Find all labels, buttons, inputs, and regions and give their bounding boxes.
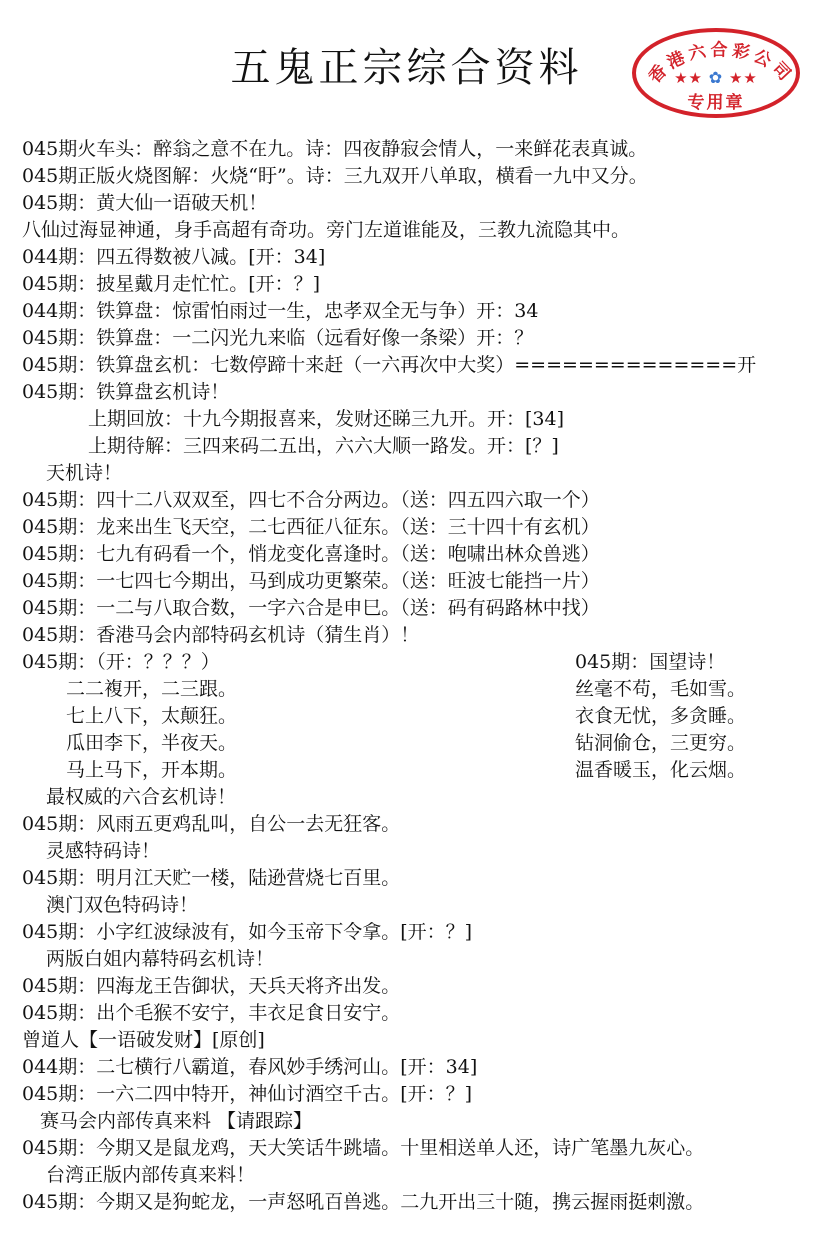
text-line: 045期：黄大仙一语破天机！ (22, 190, 812, 217)
text-line: 045期：一七四七今期出，马到成功更繁荣。（送：旺波七能挡一片） (22, 568, 812, 595)
section-heading: 两版白姐内幕特码玄机诗！ (22, 946, 812, 973)
text-line: 045期：小字红波绿波有，如今玉帝下令拿。[开：？] (22, 919, 812, 946)
official-seal-stamp: 香港六合彩公司 ★★ ✿ ★★ 专用章 (632, 28, 800, 118)
text-line: 045期：今期又是鼠龙鸡，天大笑话牛跳墙。十里相送单人还，诗广笔墨九灰心。 (22, 1135, 812, 1162)
star-icon: ★★ (729, 69, 758, 87)
text-line: 045期：明月江天贮一楼，陆逊营烧七百里。 (22, 865, 812, 892)
text-line: 044期：四五得数被八减。[开：34] (22, 244, 812, 271)
section-heading: 最权威的六合玄机诗！ (22, 784, 812, 811)
text-line: 045期：铁算盘玄机诗！ (22, 379, 812, 406)
text-line: 045期正版火烧图解：火烧“盱”。诗：三九双开八单取，横看一九中又分。 (22, 163, 812, 190)
poem-last-review: 上期回放：十九今期报喜来，发财还睇三九开。开：[34] (22, 406, 812, 433)
poem-pending: 上期待解：三四来码二五出，六六大顺一路发。开：[？] (22, 433, 812, 460)
poem-line: 丝毫不苟，毛如雪。 (575, 676, 813, 703)
text-line: 045期：四海龙王告御状，天兵天将齐出发。 (22, 973, 812, 1000)
poem-line: 衣食无忧，多贪睡。 (575, 703, 813, 730)
two-column-poems: 045期：（开：？？？） 二二複开，二三跟。 七上八下，太颠狂。 瓜田李下，半夜… (22, 649, 812, 784)
seal-stars-row: ★★ ✿ ★★ (636, 68, 796, 87)
section-heading: 澳门双色特码诗！ (22, 892, 812, 919)
section-heading: 天机诗！ (22, 460, 812, 487)
text-line: 045期：香港马会内部特码玄机诗（猜生肖）！ (22, 622, 812, 649)
document-body: 045期火车头：醉翁之意不在九。诗：四夜静寂会情人，一来鲜花表真诚。 045期正… (22, 136, 812, 1216)
text-line: 045期：一二与八取合数，一字六合是申巳。（送：码有码路林中找） (22, 595, 812, 622)
section-heading: 台湾正版内部传真来料！ (22, 1162, 812, 1189)
text-line: 045期火车头：醉翁之意不在九。诗：四夜静寂会情人，一来鲜花表真诚。 (22, 136, 812, 163)
text-line: 045期：七九有码看一个，悄龙变化喜逢时。（送：咆啸出林众兽逃） (22, 541, 812, 568)
flower-icon: ✿ (709, 68, 723, 87)
poem-heading: 045期：国望诗！ (575, 649, 813, 676)
section-heading: 曾道人【一语破发财】[原创] (22, 1027, 812, 1054)
section-heading: 赛马会内部传真来料 【请跟踪】 (22, 1108, 812, 1135)
section-heading: 灵感特码诗！ (22, 838, 812, 865)
text-line: 045期：一六二四中特开，神仙讨酒空千古。[开：？] (22, 1081, 812, 1108)
seal-bottom-text: 专用章 (636, 88, 796, 113)
text-line: 045期：风雨五更鸡乱叫，自公一去无狂客。 (22, 811, 812, 838)
text-line: 045期：出个毛猴不安宁，丰衣足食日安宁。 (22, 1000, 812, 1027)
right-poem: 045期：国望诗！ 丝毫不苟，毛如雪。 衣食无忧，多贪睡。 钻洞偷仓，三更穷。 … (575, 649, 813, 784)
text-line: 045期：铁算盘玄机：七数停蹄十来赶（一六再次中大奖）=============… (22, 352, 812, 379)
text-line: 045期：四十二八双双至，四七不合分两边。（送：四五四六取一个） (22, 487, 812, 514)
text-line: 045期：龙来出生飞天空，二七西征八征东。（送：三十四十有玄机） (22, 514, 812, 541)
poem-line: 温香暖玉，化云烟。 (575, 757, 813, 784)
text-line: 八仙过海显神通，身手高超有奇功。旁门左道谁能及，三教九流隐其中。 (22, 217, 812, 244)
text-line: 044期：二七横行八霸道，春风妙手绣河山。[开：34] (22, 1054, 812, 1081)
text-line: 045期：今期又是狗蛇龙，一声怒吼百兽逃。二九开出三十随，携云握雨挺刺激。 (22, 1189, 812, 1216)
text-line: 045期：铁算盘：一二闪光九来临（远看好像一条梁）开：？ (22, 325, 812, 352)
poem-line: 钻洞偷仓，三更穷。 (575, 730, 813, 757)
text-line: 045期：披星戴月走忙忙。[开：？] (22, 271, 812, 298)
star-icon: ★★ (674, 69, 703, 87)
text-line: 044期：铁算盘：惊雷怕雨过一生，忠孝双全无与争）开：34 (22, 298, 812, 325)
